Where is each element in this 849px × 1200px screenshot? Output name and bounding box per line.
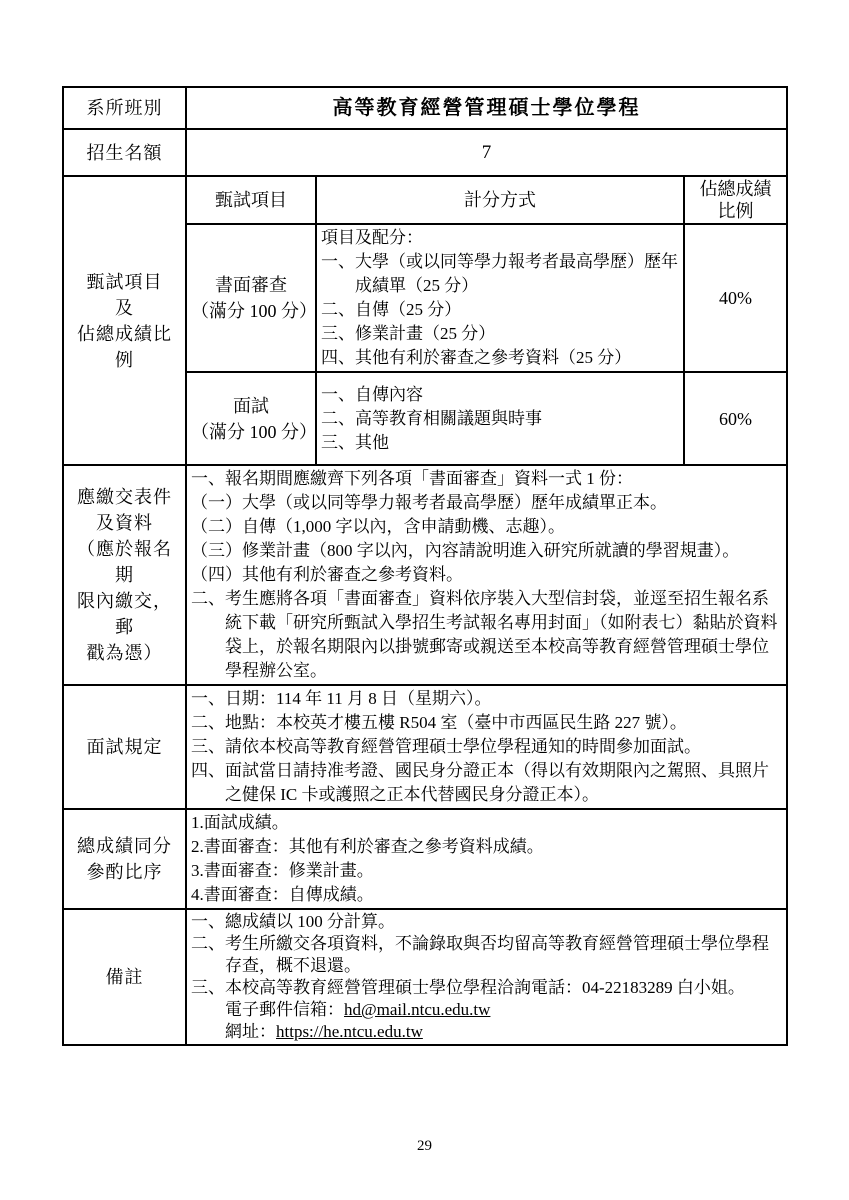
written-review-item: 書面審查 （滿分 100 分） bbox=[186, 224, 316, 372]
quota-label: 招生名額 bbox=[63, 129, 186, 176]
interview-rules-label: 面試規定 bbox=[63, 685, 186, 809]
item-fullscore: （滿分 100 分） bbox=[191, 298, 311, 324]
item-name: 面試 bbox=[191, 393, 311, 419]
email-line: 電子郵件信箱：hd@mail.ntcu.edu.tw bbox=[191, 999, 782, 1021]
content-line: 1.面試成績。 bbox=[191, 811, 782, 835]
content-line: （四）其他有利於審查之參考資料。 bbox=[191, 563, 782, 587]
content-line: （三）修業計畫（800 字以內，內容請說明進入研究所就讀的學習規畫）。 bbox=[191, 539, 782, 563]
website-link[interactable]: https://he.ntcu.edu.tw bbox=[276, 1022, 423, 1041]
content-line: 3.書面審查：修業計畫。 bbox=[191, 859, 782, 883]
url-label: 網址： bbox=[225, 1022, 276, 1041]
row-interview-rules: 面試規定 一、日期：114 年 11 月 8 日（星期六）。 二、地點：本校英才… bbox=[63, 685, 787, 809]
content-line: （一）大學（或以同等學力報考者最高學歷）歷年成績單正本。 bbox=[191, 491, 782, 515]
submission-label-line: 限內繳交，郵 bbox=[68, 588, 181, 640]
exam-section-label-line: 甄試項目 bbox=[68, 269, 181, 295]
written-review-scoring: 項目及配分： 一、大學（或以同等學力報考者最高學歷）歷年成績單（25 分） 二、… bbox=[316, 224, 684, 372]
content-line: （二）自傳（1,000 字以內，含申請動機、志趣）。 bbox=[191, 515, 782, 539]
tiebreaker-label-line: 總成績同分 bbox=[68, 833, 181, 859]
ratio-header-line: 比例 bbox=[689, 200, 782, 222]
submission-label-line: 應繳交表件 bbox=[68, 484, 181, 510]
admission-table: 系所班別 高等教育經營管理碩士學位學程 招生名額 7 甄試項目 及 佔總成績比例… bbox=[62, 86, 788, 1046]
interview-item: 面試 （滿分 100 分） bbox=[186, 372, 316, 465]
scoring-line: 三、修業計畫（25 分） bbox=[321, 322, 679, 346]
department-label: 系所班別 bbox=[63, 87, 186, 129]
column-header-item: 甄試項目 bbox=[186, 176, 316, 224]
content-line: 二、考生應將各項「書面審查」資料依序裝入大型信封袋，並逕至招生報名系統下載「研究… bbox=[191, 587, 782, 683]
submission-label-line: 戳為憑） bbox=[68, 640, 181, 666]
scoring-line: 三、其他 bbox=[321, 431, 679, 455]
row-department: 系所班別 高等教育經營管理碩士學位學程 bbox=[63, 87, 787, 129]
item-fullscore: （滿分 100 分） bbox=[191, 419, 311, 445]
department-value: 高等教育經營管理碩士學位學程 bbox=[186, 87, 787, 129]
scoring-line: 項目及配分： bbox=[321, 226, 679, 250]
exam-section-label: 甄試項目 及 佔總成績比例 bbox=[63, 176, 186, 465]
interview-scoring: 一、自傳內容 二、高等教育相關議題與時事 三、其他 bbox=[316, 372, 684, 465]
email-label: 電子郵件信箱： bbox=[225, 1000, 344, 1019]
exam-section-label-line: 及 bbox=[68, 295, 181, 321]
tiebreaker-label-line: 參酌比序 bbox=[68, 859, 181, 885]
content-line: 三、本校高等教育經營管理碩士學位學程洽詢電話：04-22183289 白小姐。 bbox=[191, 977, 782, 999]
content-line: 4.書面審查：自傳成績。 bbox=[191, 883, 782, 907]
scoring-line: 一、大學（或以同等學力報考者最高學歷）歷年成績單（25 分） bbox=[321, 250, 679, 298]
content-line: 三、請依本校高等教育經營管理碩士學位學程通知的時間參加面試。 bbox=[191, 735, 782, 759]
quota-value: 7 bbox=[186, 129, 787, 176]
column-header-scoring: 計分方式 bbox=[316, 176, 684, 224]
exam-section-label-line: 佔總成績比例 bbox=[68, 321, 181, 373]
content-line: 一、報名期間應繳齊下列各項「書面審查」資料一式 1 份： bbox=[191, 467, 782, 491]
notes-content: 一、總成績以 100 分計算。 二、考生所繳交各項資料，不論錄取與否均留高等教育… bbox=[186, 909, 787, 1045]
submission-label-line: （應於報名期 bbox=[68, 536, 181, 588]
row-submission: 應繳交表件 及資料 （應於報名期 限內繳交，郵 戳為憑） 一、報名期間應繳齊下列… bbox=[63, 465, 787, 685]
ratio-header-line: 佔總成績 bbox=[689, 178, 782, 200]
content-line: 一、總成績以 100 分計算。 bbox=[191, 911, 782, 933]
row-quota: 招生名額 7 bbox=[63, 129, 787, 176]
submission-content: 一、報名期間應繳齊下列各項「書面審查」資料一式 1 份： （一）大學（或以同等學… bbox=[186, 465, 787, 685]
item-name: 書面審查 bbox=[191, 272, 311, 298]
content-line: 四、面試當日請持准考證、國民身分證正本（得以有效期限內之駕照、具照片之健保 IC… bbox=[191, 759, 782, 807]
tiebreaker-label: 總成績同分 參酌比序 bbox=[63, 809, 186, 909]
content-line: 2.書面審查：其他有利於審查之參考資料成績。 bbox=[191, 835, 782, 859]
column-header-ratio: 佔總成績 比例 bbox=[684, 176, 787, 224]
page-number: 29 bbox=[0, 1138, 849, 1155]
interview-rules-content: 一、日期：114 年 11 月 8 日（星期六）。 二、地點：本校英才樓五樓 R… bbox=[186, 685, 787, 809]
document-page: 系所班別 高等教育經營管理碩士學位學程 招生名額 7 甄試項目 及 佔總成績比例… bbox=[0, 0, 849, 1200]
scoring-line: 二、自傳（25 分） bbox=[321, 298, 679, 322]
notes-label: 備註 bbox=[63, 909, 186, 1045]
email-link[interactable]: hd@mail.ntcu.edu.tw bbox=[344, 1000, 490, 1019]
submission-label-line: 及資料 bbox=[68, 510, 181, 536]
url-line: 網址：https://he.ntcu.edu.tw bbox=[191, 1021, 782, 1043]
tiebreaker-content: 1.面試成績。 2.書面審查：其他有利於審查之參考資料成績。 3.書面審查：修業… bbox=[186, 809, 787, 909]
submission-label: 應繳交表件 及資料 （應於報名期 限內繳交，郵 戳為憑） bbox=[63, 465, 186, 685]
content-line: 一、日期：114 年 11 月 8 日（星期六）。 bbox=[191, 687, 782, 711]
content-line: 二、地點：本校英才樓五樓 R504 室（臺中市西區民生路 227 號）。 bbox=[191, 711, 782, 735]
row-tiebreaker: 總成績同分 參酌比序 1.面試成績。 2.書面審查：其他有利於審查之參考資料成績… bbox=[63, 809, 787, 909]
content-line: 二、考生所繳交各項資料，不論錄取與否均留高等教育經營管理碩士學位學程存查，概不退… bbox=[191, 933, 782, 977]
row-exam-header: 甄試項目 及 佔總成績比例 甄試項目 計分方式 佔總成績 比例 bbox=[63, 176, 787, 224]
scoring-line: 一、自傳內容 bbox=[321, 383, 679, 407]
row-notes: 備註 一、總成績以 100 分計算。 二、考生所繳交各項資料，不論錄取與否均留高… bbox=[63, 909, 787, 1045]
scoring-line: 四、其他有利於審查之參考資料（25 分） bbox=[321, 346, 679, 370]
written-review-ratio: 40% bbox=[684, 224, 787, 372]
interview-ratio: 60% bbox=[684, 372, 787, 465]
scoring-line: 二、高等教育相關議題與時事 bbox=[321, 407, 679, 431]
